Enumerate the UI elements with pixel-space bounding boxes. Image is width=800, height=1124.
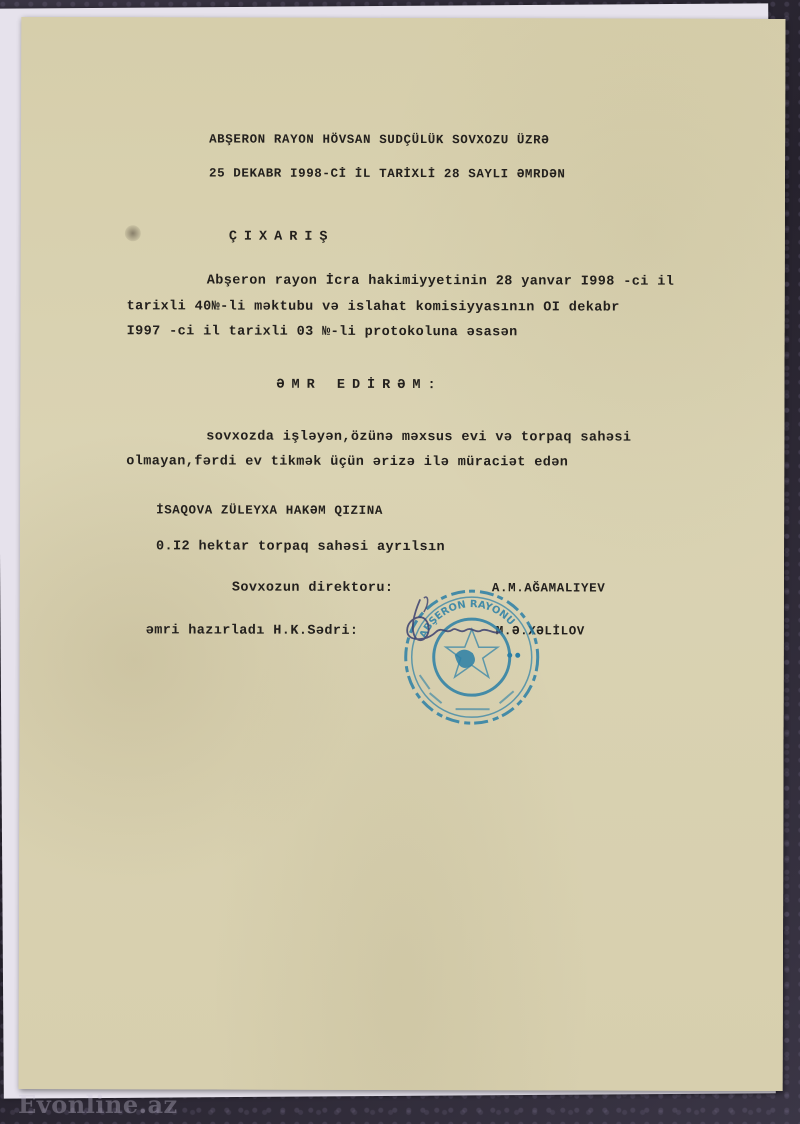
header-line-1: ABŞERON RAYON HÖVSAN SUDÇÜLÜK SOVXOZU ÜZ… — [209, 132, 549, 147]
order-line-2: olmayan,fərdi ev tikmək üçün ərizə ilə m… — [126, 454, 568, 470]
header-line-2: 25 DEKABR I998-Cİ İL TARİXLİ 28 SAYLI ƏM… — [209, 166, 566, 181]
order-heading: ƏMR EDİRƏM: — [276, 378, 442, 393]
site-watermark: Evonline.az — [18, 1090, 178, 1119]
document-title: ÇIXARIŞ — [229, 230, 335, 245]
recipient-name: İSAQOVA ZÜLEYXA HAKƏM QIZINA — [156, 503, 383, 518]
document-page: ABŞERON RAYON HÖVSAN SUDÇÜLÜK SOVXOZU ÜZ… — [19, 17, 786, 1091]
paper-stain — [125, 225, 141, 241]
preamble-line-3: I997 -ci il tarixli 03 №-li protokoluna … — [127, 324, 518, 340]
preparer-role: əmri hazırladı H.K.Sədri: — [146, 623, 359, 639]
allocation-line: 0.I2 hektar torpaq sahəsi ayrılsın — [156, 539, 445, 555]
handwritten-signature-icon — [390, 590, 510, 650]
director-role: Sovxozun direktoru: — [232, 581, 394, 596]
preamble-line-1: Abşeron rayon İcra hakimiyyetinin 28 yan… — [207, 273, 675, 289]
order-line-1: sovxozda işləyən,özünə məxsus evi və tor… — [206, 429, 631, 445]
preamble-line-2: tarixli 40№-li məktubu və islahat komisi… — [127, 299, 620, 315]
